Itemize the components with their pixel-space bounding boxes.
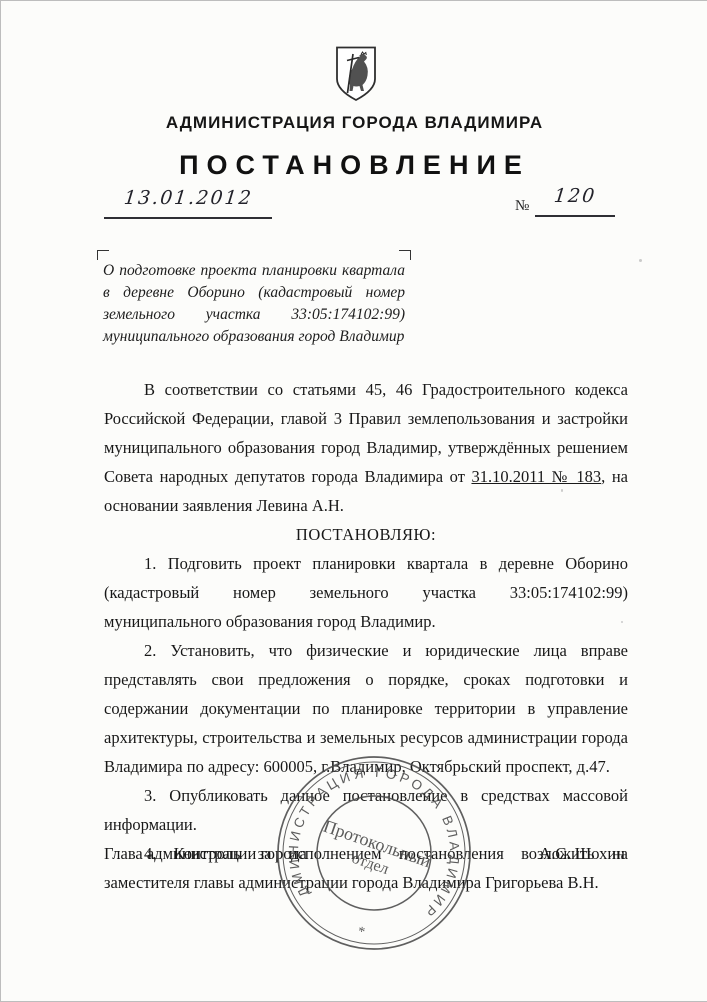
date-field: 13.01.2012	[104, 187, 272, 219]
preamble-underlined-ref: 31.10.2011 № 183	[471, 467, 601, 486]
round-stamp: АДМИНИСТРАЦИЯ ГОРОДА ВЛАДИМИРА Протоколь…	[267, 755, 481, 955]
corner-mark-top-left	[97, 250, 109, 260]
vladimir-coat-of-arms-icon	[334, 45, 378, 103]
subject-text: О подготовке проекта планировки квартала…	[103, 262, 405, 345]
handwritten-date: 13.01.2012	[122, 187, 253, 209]
preamble-paragraph: В соответствии со статьями 45, 46 Градос…	[104, 375, 628, 520]
resolve-word: ПОСТАНОВЛЯЮ:	[104, 520, 628, 549]
subject-block: О подготовке проекта планировки квартала…	[97, 250, 411, 348]
scan-speck	[639, 259, 642, 262]
item-paragraph-1: 1. Подговить проект планировки квартала …	[104, 549, 628, 636]
stamp-bottom-mark: *	[357, 925, 366, 941]
document-page: АДМИНИСТРАЦИЯ ГОРОДА ВЛАДИМИРА ПОСТАНОВЛ…	[0, 0, 707, 1002]
document-type-title: ПОСТАНОВЛЕНИЕ	[1, 150, 707, 181]
signer-name: А.С. Шохин	[539, 844, 625, 864]
scan-speck	[621, 621, 623, 623]
number-field: № 120	[515, 187, 615, 217]
number-sign: №	[515, 198, 529, 217]
organization-name: АДМИНИСТРАЦИЯ ГОРОДА ВЛАДИМИРА	[1, 113, 707, 133]
corner-mark-top-right	[399, 250, 411, 260]
scan-speck	[561, 489, 563, 492]
handwritten-number: 120	[553, 185, 598, 207]
